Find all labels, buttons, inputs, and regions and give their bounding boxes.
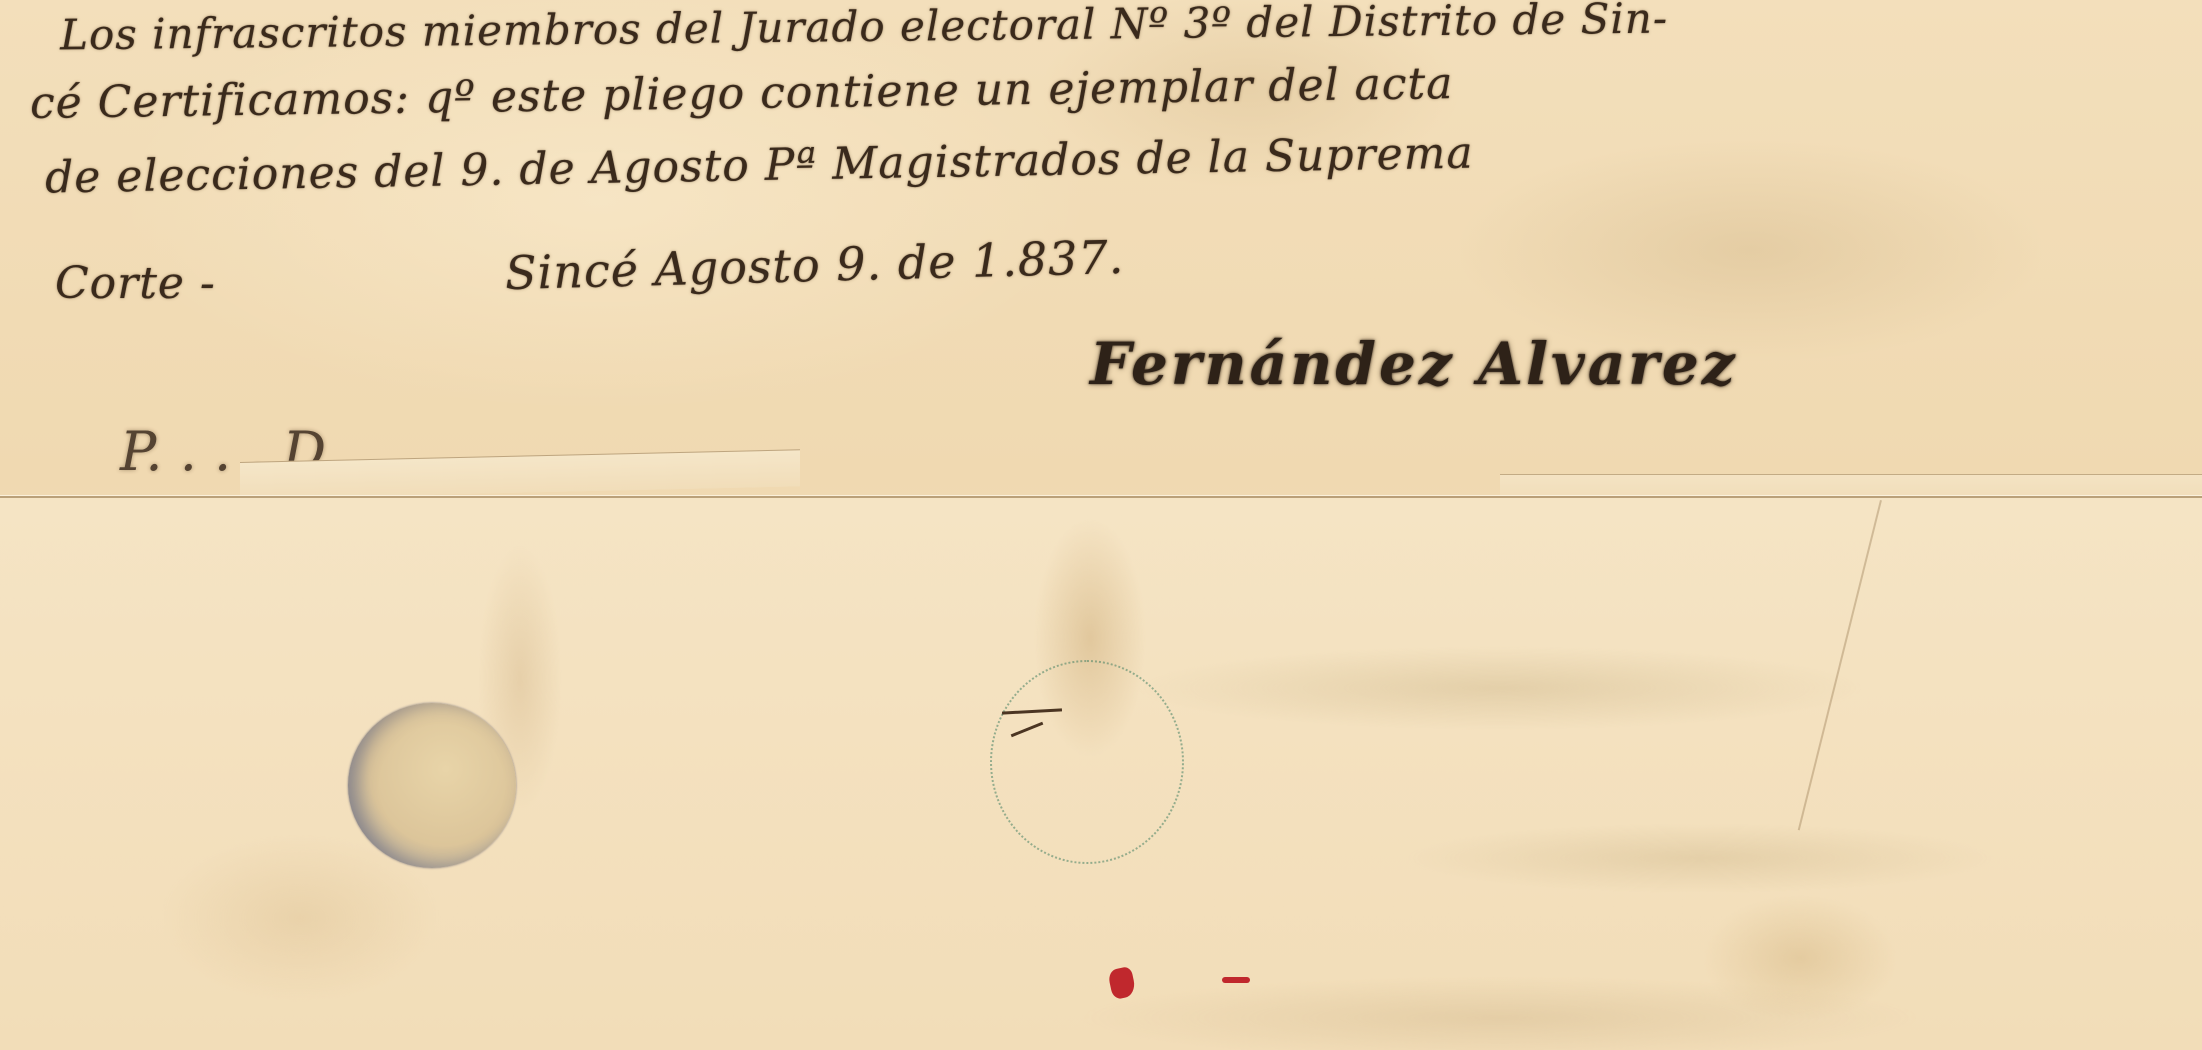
signature: Fernández Alvarez: [1090, 330, 1738, 398]
faint-seal-impression-icon: [990, 660, 1184, 864]
wafer-seal-icon: [348, 703, 516, 868]
manuscript-page: Los infrascritos miembros del Jurado ele…: [0, 0, 2202, 1050]
manuscript-line-2: cé Certificamos: qº este pliego contiene…: [30, 58, 1454, 129]
place-date: Sincé Agosto 9. de 1.837.: [504, 230, 1125, 300]
manuscript-line-3: de elecciones del 9. de Agosto Pª Magist…: [45, 128, 1474, 204]
manuscript-line-4: Corte -: [55, 258, 216, 309]
written-sheet: Los infrascritos miembros del Jurado ele…: [0, 0, 2202, 500]
red-wax-spot-icon: [1222, 977, 1250, 983]
manuscript-line-1: Los infrascritos miembros del Jurado ele…: [60, 0, 1668, 59]
